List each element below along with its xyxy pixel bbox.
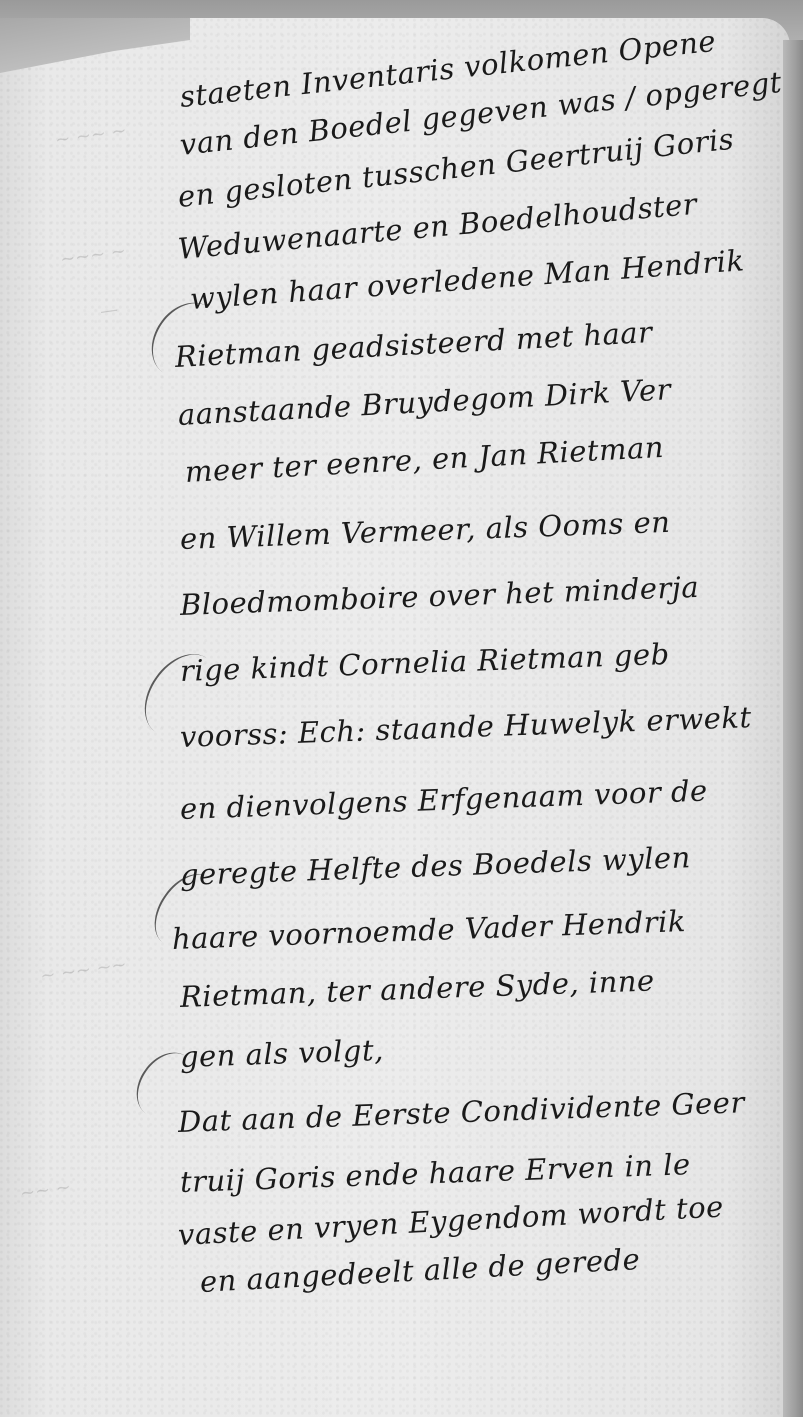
curled-page-corner	[0, 18, 190, 73]
text-line: gen als volgt,	[179, 1033, 384, 1074]
page-edge-shadow	[783, 40, 803, 1417]
bleed-through-mark: —	[99, 299, 120, 322]
